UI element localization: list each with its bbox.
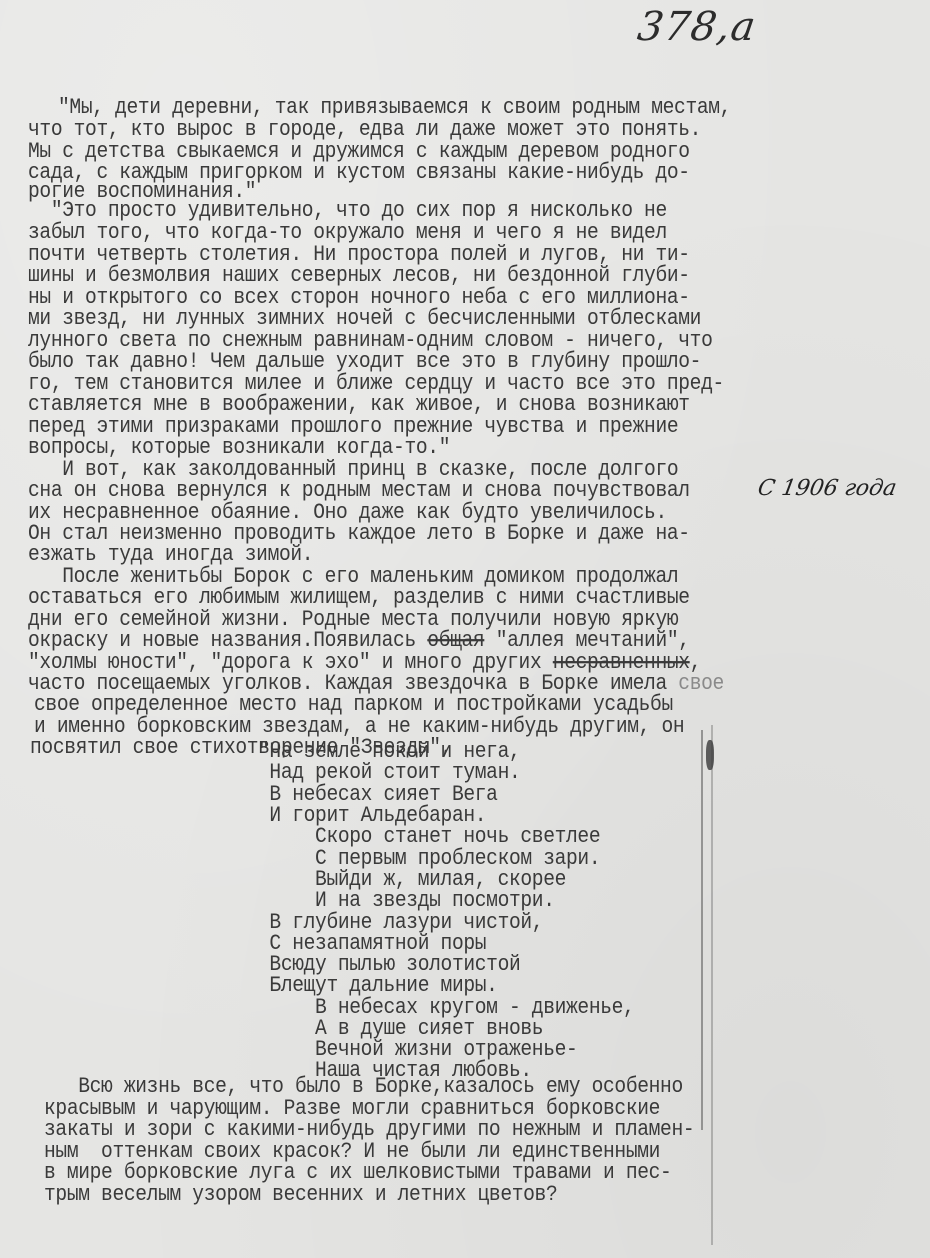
ink-smudge	[706, 740, 714, 770]
text-line: Всю жизнь все, что было в Борке,казалось…	[44, 1075, 683, 1097]
poem-line: Блещут дальние миры.	[258, 974, 498, 996]
text-line: забыл того, что когда-то окружало меня и…	[28, 221, 667, 243]
text-segment: окраску и новые названия.Появилась	[28, 628, 427, 653]
text-line: вопросы, которые возникали когда-то."	[28, 436, 450, 458]
text-line: окраску и новые названия.Появилась общая…	[28, 629, 690, 651]
faint-word: свое	[678, 671, 724, 696]
document-page: 378,a "Мы, дети деревни, так привязываем…	[0, 0, 930, 1258]
text-line: ставляется мне в воображении, как живое,…	[28, 393, 690, 415]
text-line: "Мы, дети деревни, так привязываемся к с…	[58, 96, 731, 118]
handwritten-margin-note: С 1906 года	[756, 476, 899, 501]
text-segment: "аллея мечтаний",	[484, 628, 689, 653]
handwritten-page-number: 378,a	[635, 4, 759, 50]
text-line: езжать туда иногда зимой.	[28, 543, 313, 565]
text-line: ми звезд, ни лунных зимних ночей с бесчи…	[28, 307, 701, 329]
text-line: сна он снова вернулся к родным местам и …	[28, 479, 690, 501]
struck-word: общая	[427, 628, 484, 653]
text-line: закаты и зори с какими-нибудь другими по…	[44, 1118, 694, 1140]
text-line: шины и безмолвия наших северных лесов, н…	[28, 264, 690, 286]
text-line: что тот, кто вырос в городе, едва ли даж…	[28, 118, 701, 140]
poem-line: Скоро станет ночь светлее	[258, 825, 600, 847]
text-line: оставаться его любимым жилищем, разделив…	[28, 586, 690, 608]
text-line: "Это просто удивительно, что до сих пор …	[28, 199, 667, 221]
poem-line: И на звезды посмотри.	[258, 889, 555, 911]
fold-line	[711, 725, 713, 1245]
text-line: было так давно! Чем дальше уходит все эт…	[28, 350, 701, 372]
text-line: в мире борковские луга с их шелковистыми…	[44, 1161, 671, 1183]
text-line: трым веселым узором весенних и летних цв…	[44, 1183, 557, 1205]
fold-line	[701, 730, 703, 1130]
text-line: свое определенное место над парком и пос…	[34, 693, 673, 715]
poem-line: Над рекой стоит туман.	[258, 761, 520, 783]
